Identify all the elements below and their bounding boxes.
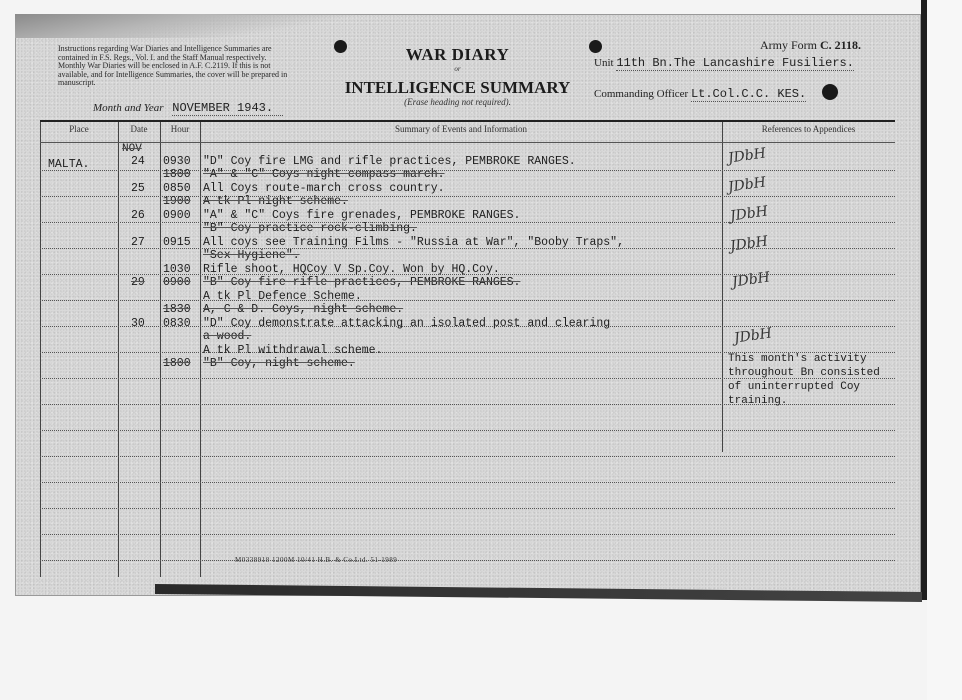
entry-date: 26 <box>131 209 145 222</box>
entry-date: 29 <box>131 276 145 289</box>
entry-date: 25 <box>131 182 145 195</box>
commanding-officer-field: Commanding Officer Lt.Col.C.C. KES. <box>594 87 806 101</box>
entry-text: "D" Coy demonstrate attacking an isolate… <box>203 317 610 330</box>
entry-text: A tk Pl withdrawal scheme. <box>203 344 382 357</box>
entry-text: All coys see Training Films - "Russia at… <box>203 236 624 249</box>
entry-text: "B" Coy, night scheme. <box>203 357 355 370</box>
header-underline <box>40 142 895 143</box>
title-note: (Erase heading not required). <box>350 97 565 107</box>
entry-text: "B" Coy fire rifle practices, PEMBROKE R… <box>203 276 520 289</box>
background-margin <box>927 0 962 700</box>
entry-hour: 0830 <box>163 317 191 330</box>
entry-hour: 1900 <box>163 195 191 208</box>
entry-hour: 0900 <box>163 209 191 222</box>
summary-note-line: throughout Bn consisted <box>728 367 880 379</box>
army-form-number: Army Form C. 2118. <box>760 38 861 53</box>
entry-hour: 1830 <box>163 303 191 316</box>
month-year-field: Month and Year NOVEMBER 1943. <box>93 101 283 115</box>
row-line <box>40 430 895 431</box>
entry-text: a wood. <box>203 330 251 343</box>
row-line <box>40 222 895 223</box>
entry-text: A, C & D. Coys, night scheme. <box>203 303 403 316</box>
summary-note-line: training. <box>728 395 787 407</box>
column-divider <box>722 122 723 452</box>
entry-hour: 0850 <box>163 182 191 195</box>
entry-hour: 0900 <box>163 276 191 289</box>
row-line <box>40 456 895 457</box>
row-line <box>40 560 895 561</box>
punch-hole <box>334 40 347 53</box>
column-header-references: References to Appendices <box>722 124 895 134</box>
title-war-diary: WAR DIARY <box>350 45 565 65</box>
entry-text: A tk Pl night scheme. <box>203 195 348 208</box>
unit-label: Unit <box>594 57 614 69</box>
summary-note-line: of uninterrupted Coy <box>728 381 860 393</box>
row-line <box>40 482 895 483</box>
entry-text: A tk Pl Defence Scheme. <box>203 290 362 303</box>
month-year-value: NOVEMBER 1943. <box>172 101 283 116</box>
punch-hole <box>589 40 602 53</box>
entry-text: All Coys route-march cross country. <box>203 182 445 195</box>
entry-text: "Sex Hygiene". <box>203 249 300 262</box>
summary-note-line: This month's activity <box>728 353 867 365</box>
entry-hour: 0930 <box>163 155 191 168</box>
row-line <box>40 534 895 535</box>
column-header-date: Date <box>118 124 160 134</box>
title-intelligence-summary: INTELLIGENCE SUMMARY <box>340 78 575 98</box>
entry-text: "A" & "C" Coys night compass march. <box>203 168 445 181</box>
entry-text: Rifle shoot, HQCoy V Sp.Coy. Won by HQ.C… <box>203 263 500 276</box>
entry-date: 27 <box>131 236 145 249</box>
printer-imprint: M0338918 1200M 10/41 H.B. & Co.Ltd. 51-1… <box>235 556 397 564</box>
instructions-text: Instructions regarding War Diaries and I… <box>58 45 288 88</box>
entry-hour: 1030 <box>163 263 191 276</box>
entry-text: "B" Coy practice rock-climbing. <box>203 222 417 235</box>
punch-hole <box>822 84 838 100</box>
month-abbrev: NOV <box>122 143 142 155</box>
entry-date: 24 <box>131 155 145 168</box>
title-or: or <box>350 65 565 73</box>
entry-hour: 1800 <box>163 357 191 370</box>
column-header-place: Place <box>40 124 118 134</box>
entry-text: "A" & "C" Coys fire grenades, PEMBROKE R… <box>203 209 520 222</box>
column-header-summary: Summary of Events and Information <box>200 124 722 134</box>
place-value: MALTA. <box>48 158 89 171</box>
entry-hour: 1800 <box>163 168 191 181</box>
entry-hour: 0915 <box>163 236 191 249</box>
scan-edge-shadow <box>921 0 927 600</box>
unit-value: 11th Bn.The Lancashire Fusiliers. <box>616 56 854 71</box>
row-line <box>40 300 895 301</box>
co-label: Commanding Officer <box>594 88 688 100</box>
entry-text: "D" Coy fire LMG and rifle practices, PE… <box>203 155 576 168</box>
column-header-hour: Hour <box>160 124 200 134</box>
torn-corner <box>15 14 355 38</box>
co-value: Lt.Col.C.C. KES. <box>691 87 806 102</box>
row-line <box>40 508 895 509</box>
unit-field: Unit 11th Bn.The Lancashire Fusiliers. <box>594 56 854 70</box>
entry-date: 30 <box>131 317 145 330</box>
month-year-label: Month and Year <box>93 102 164 114</box>
